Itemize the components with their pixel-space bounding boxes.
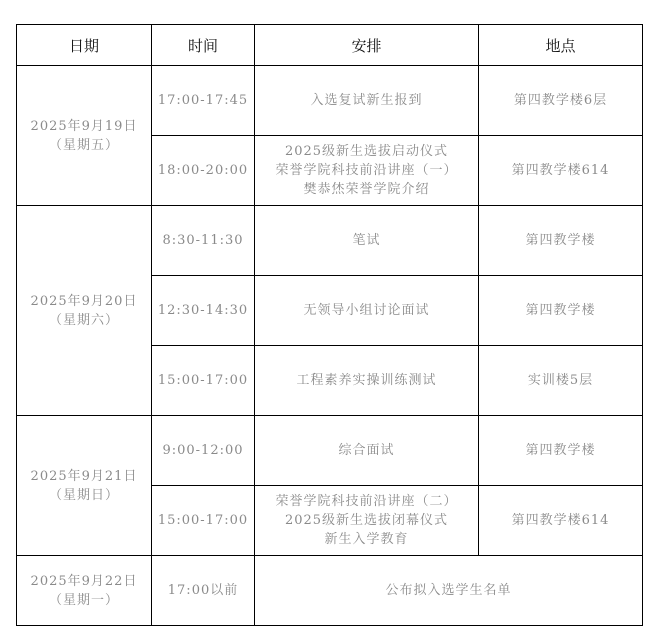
location-cell: 第四教学楼 [479,416,643,486]
location-cell: 第四教学楼 [479,276,643,346]
activity-line: 2025级新生选拔启动仪式 [255,142,478,161]
date-text: 2025年9月19日 [17,117,151,136]
activity-cell: 公布拟入选学生名单 [255,556,643,626]
time-cell: 12:30-14:30 [152,276,255,346]
header-activity: 安排 [255,25,479,66]
weekday-text: （星期一） [17,591,151,610]
activity-line: 笔试 [255,231,478,250]
weekday-text: （星期六） [17,311,151,330]
header-location: 地点 [479,25,643,66]
location-cell: 第四教学楼 [479,206,643,276]
activity-line: 无领导小组讨论面试 [255,301,478,320]
table-row: 2025年9月22日 （星期一） 17:00以前 公布拟入选学生名单 [17,556,643,626]
time-cell: 9:00-12:00 [152,416,255,486]
location-cell: 第四教学楼614 [479,486,643,556]
header-date: 日期 [17,25,152,66]
date-text: 2025年9月22日 [17,572,151,591]
table-row: 2025年9月21日 （星期日） 9:00-12:00 综合面试 第四教学楼 [17,416,643,486]
activity-cell: 入选复试新生报到 [255,66,479,136]
date-cell: 2025年9月20日 （星期六） [17,206,152,416]
date-cell: 2025年9月21日 （星期日） [17,416,152,556]
activity-cell: 工程素养实操训练测试 [255,346,479,416]
location-cell: 第四教学楼614 [479,136,643,206]
date-text: 2025年9月21日 [17,467,151,486]
location-cell: 第四教学楼6层 [479,66,643,136]
activity-line: 综合面试 [255,441,478,460]
activity-cell: 无领导小组讨论面试 [255,276,479,346]
activity-line: 入选复试新生报到 [255,91,478,110]
activity-line: 2025级新生选拔闭幕仪式 [255,511,478,530]
activity-line: 公布拟入选学生名单 [255,581,642,600]
time-cell: 17:00以前 [152,556,255,626]
location-cell: 实训楼5层 [479,346,643,416]
weekday-text: （星期日） [17,486,151,505]
time-cell: 15:00-17:00 [152,486,255,556]
header-time: 时间 [152,25,255,66]
activity-cell: 荣誉学院科技前沿讲座（二） 2025级新生选拔闭幕仪式 新生入学教育 [255,486,479,556]
activity-line: 工程素养实操训练测试 [255,371,478,390]
time-cell: 8:30-11:30 [152,206,255,276]
date-cell: 2025年9月19日 （星期五） [17,66,152,206]
activity-line: 新生入学教育 [255,530,478,549]
activity-cell: 综合面试 [255,416,479,486]
date-text: 2025年9月20日 [17,292,151,311]
time-cell: 17:00-17:45 [152,66,255,136]
header-row: 日期 时间 安排 地点 [17,25,643,66]
activity-cell: 2025级新生选拔启动仪式 荣誉学院科技前沿讲座（一） 樊恭烋荣誉学院介绍 [255,136,479,206]
activity-line: 荣誉学院科技前沿讲座（一） [255,161,478,180]
date-cell: 2025年9月22日 （星期一） [17,556,152,626]
time-cell: 18:00-20:00 [152,136,255,206]
schedule-table: 日期 时间 安排 地点 2025年9月19日 （星期五） 17:00-17:45… [16,24,643,626]
weekday-text: （星期五） [17,136,151,155]
activity-cell: 笔试 [255,206,479,276]
table-row: 2025年9月19日 （星期五） 17:00-17:45 入选复试新生报到 第四… [17,66,643,136]
time-cell: 15:00-17:00 [152,346,255,416]
table-row: 2025年9月20日 （星期六） 8:30-11:30 笔试 第四教学楼 [17,206,643,276]
activity-line: 樊恭烋荣誉学院介绍 [255,180,478,199]
activity-line: 荣誉学院科技前沿讲座（二） [255,492,478,511]
